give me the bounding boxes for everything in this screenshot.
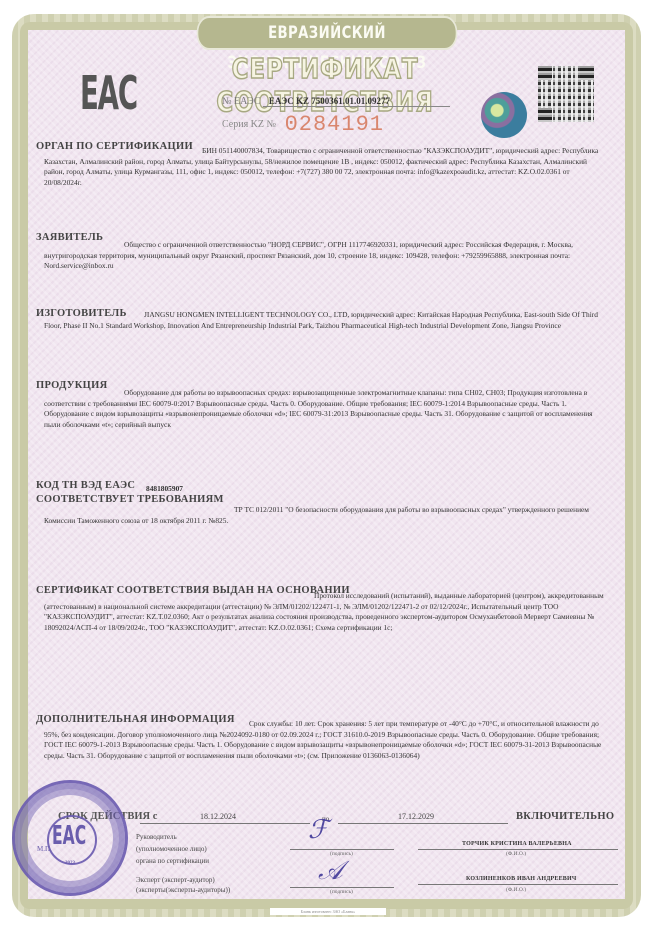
expert-name-line: [418, 884, 618, 885]
expert-role-1: Эксперт (эксперт-аудитор): [136, 876, 215, 884]
requirements-heading: СООТВЕТСТВУЕТ ТРЕБОВАНИЯМ: [36, 494, 224, 505]
union-banner: ЕВРАЗИЙСКИЙ ЭКОНОМИЧЕСКИЙ СОЮЗ: [197, 16, 458, 50]
expert-sign-line: [290, 887, 394, 888]
head-role-3: органа по сертификации: [136, 857, 209, 865]
series-number: Серия KZ № 0284191: [222, 112, 384, 137]
basis-text: Протокол исследований (испытаний), выдан…: [44, 591, 606, 633]
head-role-1: Руководитель: [136, 833, 177, 841]
seal-eac-mark: ЕАС: [52, 821, 86, 851]
head-name: ТОРЧИК КРИСТИНА ВАЛЕРЬЕВНА: [462, 841, 572, 847]
qr-code-icon[interactable]: [538, 66, 594, 122]
seal-year: 2023: [65, 861, 75, 866]
registration-value: ЕАЭС KZ 7500361.01.01.09277: [263, 96, 450, 107]
tn-ved-heading: КОД ТН ВЭД ЕАЭС: [36, 480, 135, 491]
expert-signature-icon: 𝒜: [318, 856, 343, 887]
head-signature-icon: ℱ: [308, 815, 328, 845]
validity-suffix: ВКЛЮЧИТЕЛЬНО: [516, 811, 614, 822]
manufacturer-text: JIANGSU HONGMEN INTELLIGENT TECHNOLOGY C…: [44, 310, 606, 331]
expert-name: КОЗЛИНЕНКОВ ИВАН АНДРЕЕВИЧ: [466, 876, 576, 882]
expert-sign-caption: (подпись): [330, 889, 353, 895]
head-sign-line: [290, 849, 394, 850]
product-text: Оборудование для работы во взрывоопасных…: [44, 388, 606, 430]
head-fio-caption: (Ф.И.О.): [506, 851, 526, 857]
expert-fio-caption: (Ф.И.О.): [506, 887, 526, 893]
tn-ved-value: 8481805907: [146, 484, 183, 495]
seal-mp: М.П.: [37, 845, 52, 853]
expert-role-2: (эксперты(эксперты-аудиторы)): [136, 886, 230, 894]
registration-label: № ЕАЭС: [222, 96, 260, 107]
applicant-text: Общество с ограниченной ответственностью…: [44, 240, 606, 272]
registration-number: № ЕАЭС ЕАЭС KZ 7500361.01.01.09277: [222, 96, 450, 107]
validity-from: 18.12.2024: [200, 812, 236, 821]
head-role-2: (уполномоченное лицо): [136, 845, 207, 853]
validity-from-line: [140, 823, 310, 824]
seal-stamp-icon: ЕАС М.П. 2023: [12, 780, 128, 896]
blank-printer-tag: Бланк изготовлен: ЗАО «Бланк»: [270, 908, 386, 915]
validity-to-line: [338, 823, 508, 824]
certificate-title: СЕРТИФИКАТ СООТВЕТСТВИЯ: [182, 52, 469, 118]
head-name-line: [418, 849, 618, 850]
cert-body-text: БИН 051140007834, Товарищество с огранич…: [44, 146, 606, 188]
eac-logo-icon: ЕАС: [80, 66, 137, 120]
series-value: 0284191: [285, 112, 384, 137]
requirements-text: ТР ТС 012/2011 "О безопасности оборудова…: [44, 505, 606, 526]
additional-text: Срок службы: 10 лет. Срок хранения: 5 ле…: [44, 719, 606, 761]
hologram-icon: [481, 92, 527, 138]
series-label: Серия KZ №: [222, 119, 276, 130]
validity-to: 17.12.2029: [398, 812, 434, 821]
